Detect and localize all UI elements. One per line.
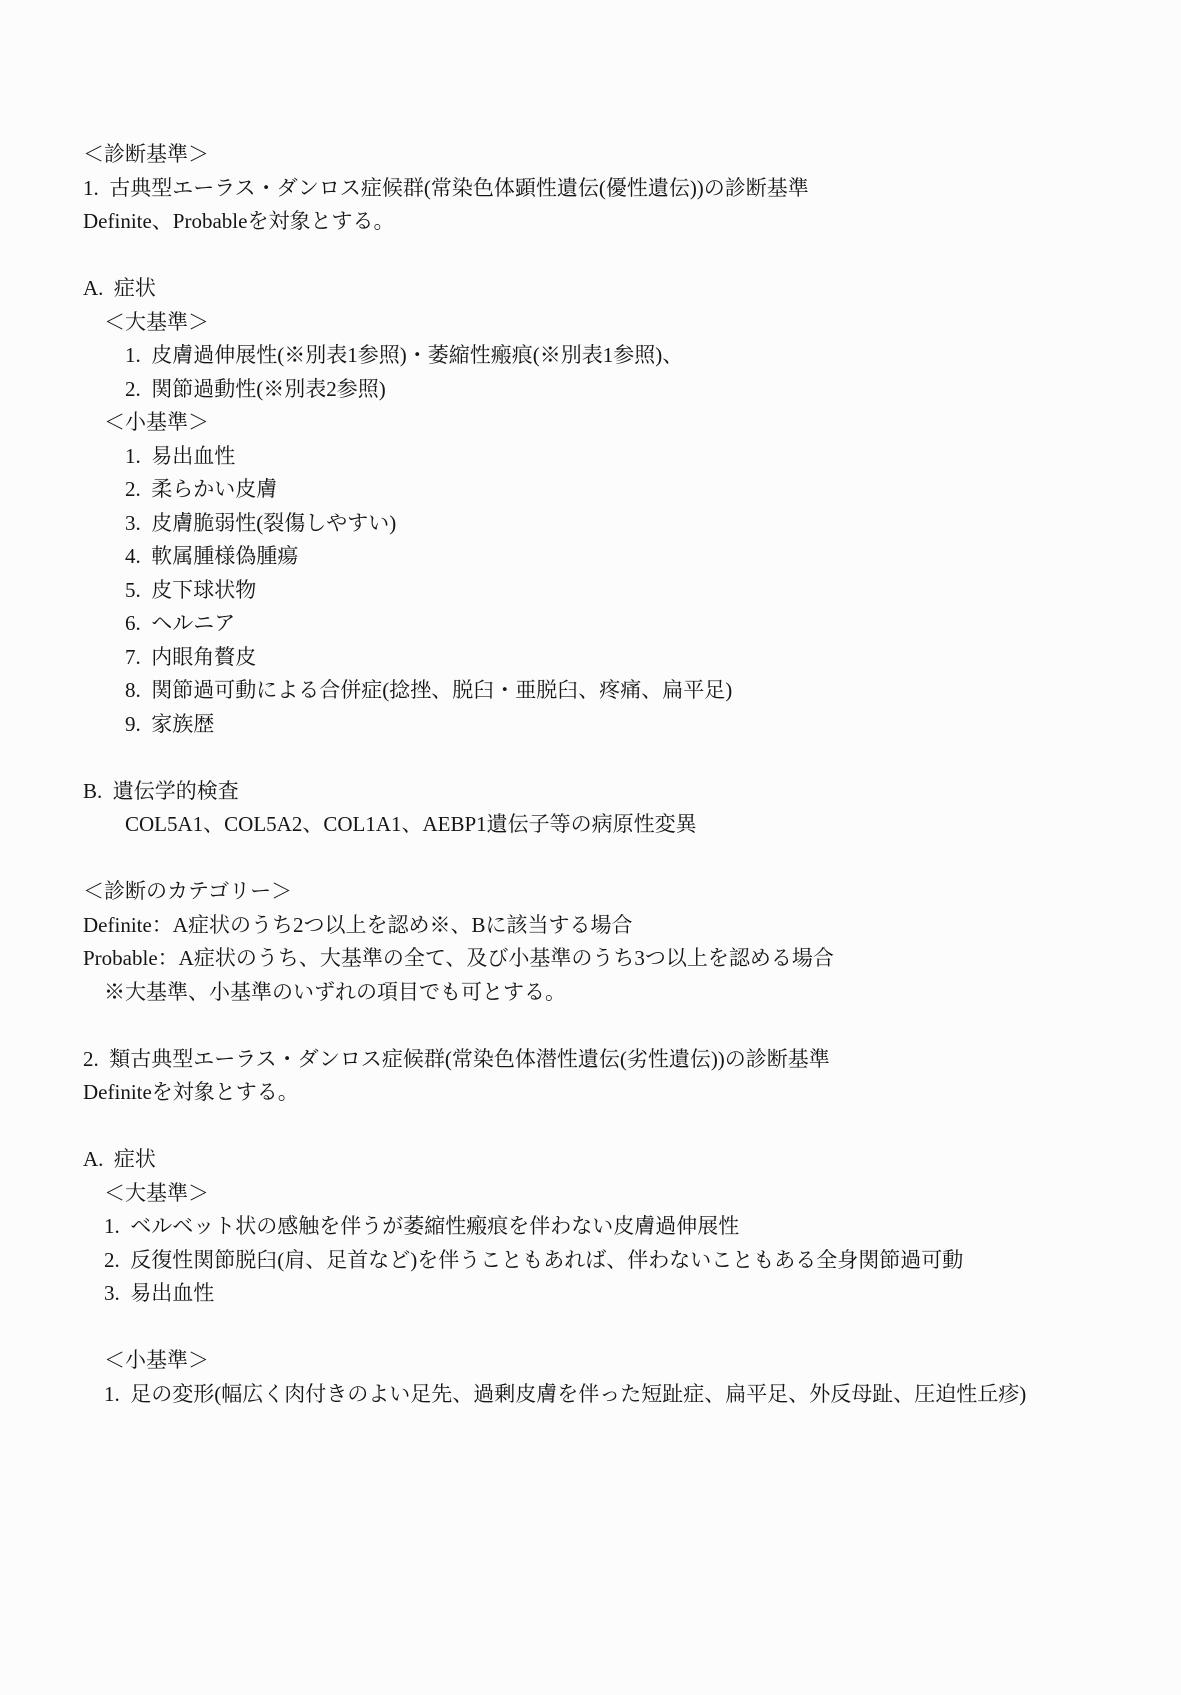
classical-like-section-title: 2. 類古典型エーラス・ダンロス症候群(常染色体潜性遺伝(劣性遺伝))の診断基準 bbox=[83, 1043, 1151, 1077]
classical-like-major-item: 3. 易出血性 bbox=[83, 1277, 1151, 1311]
classical-like-major-item: 1. ベルベット状の感触を伴うが萎縮性瘢痕を伴わない皮膚過伸展性 bbox=[83, 1210, 1151, 1244]
classical-minor-item: 4. 軟属腫様偽腫瘍 bbox=[83, 540, 1151, 574]
category-note-text: ※大基準、小基準のいずれの項目でも可とする。 bbox=[83, 976, 1151, 1010]
classical-like-minor-criteria-heading: ＜小基準＞ bbox=[83, 1344, 1151, 1378]
classical-scope-text: Definite、Probableを対象とする。 bbox=[83, 205, 1151, 239]
classical-symptoms-heading: A. 症状 bbox=[83, 272, 1151, 306]
spacer bbox=[83, 1009, 1151, 1043]
probable-criteria-text: Probable：A症状のうち、大基準の全て、及び小基準のうち3つ以上を認める場… bbox=[83, 942, 1151, 976]
classical-minor-item: 2. 柔らかい皮膚 bbox=[83, 473, 1151, 507]
classical-major-item: 2. 関節過動性(※別表2参照) bbox=[83, 373, 1151, 407]
classical-minor-item: 9. 家族歴 bbox=[83, 708, 1151, 742]
classical-like-major-criteria-heading: ＜大基準＞ bbox=[83, 1177, 1151, 1211]
spacer bbox=[83, 1311, 1151, 1345]
classical-minor-item: 6. ヘルニア bbox=[83, 607, 1151, 641]
classical-major-item: 1. 皮膚過伸展性(※別表1参照)・萎縮性瘢痕(※別表1参照)、 bbox=[83, 339, 1151, 373]
genetics-heading: B. 遺伝学的検査 bbox=[83, 775, 1151, 809]
classical-like-symptoms-heading: A. 症状 bbox=[83, 1143, 1151, 1177]
doc-heading: ＜診断基準＞ bbox=[83, 138, 1151, 172]
spacer bbox=[83, 1110, 1151, 1144]
spacer bbox=[83, 239, 1151, 273]
spacer bbox=[83, 741, 1151, 775]
diagnosis-category-heading: ＜診断のカテゴリー＞ bbox=[83, 875, 1151, 909]
definite-criteria-text: Definite：A症状のうち2つ以上を認め※、Bに該当する場合 bbox=[83, 909, 1151, 943]
classical-minor-item: 1. 易出血性 bbox=[83, 440, 1151, 474]
genetics-body-text: COL5A1、COL5A2、COL1A1、AEBP1遺伝子等の病原性変異 bbox=[83, 808, 1151, 842]
classical-like-scope-text: Definiteを対象とする。 bbox=[83, 1076, 1151, 1110]
classical-minor-criteria-heading: ＜小基準＞ bbox=[83, 406, 1151, 440]
classical-minor-item: 7. 内眼角贅皮 bbox=[83, 641, 1151, 675]
spacer bbox=[83, 842, 1151, 876]
classical-minor-item: 5. 皮下球状物 bbox=[83, 574, 1151, 608]
document-page: ＜診断基準＞ 1. 古典型エーラス・ダンロス症候群(常染色体顕性遺伝(優性遺伝)… bbox=[0, 0, 1181, 1695]
classical-major-criteria-heading: ＜大基準＞ bbox=[83, 306, 1151, 340]
classical-minor-item: 8. 関節過可動による合併症(捻挫、脱臼・亜脱臼、疼痛、扁平足) bbox=[83, 674, 1151, 708]
classical-like-minor-item: 1. 足の変形(幅広く肉付きのよい足先、過剰皮膚を伴った短趾症、扁平足、外反母趾… bbox=[83, 1378, 1151, 1412]
classical-minor-item: 3. 皮膚脆弱性(裂傷しやすい) bbox=[83, 507, 1151, 541]
classical-section-title: 1. 古典型エーラス・ダンロス症候群(常染色体顕性遺伝(優性遺伝))の診断基準 bbox=[83, 172, 1151, 206]
classical-like-major-item: 2. 反復性関節脱臼(肩、足首など)を伴うこともあれば、伴わないこともある全身関… bbox=[83, 1244, 1151, 1278]
